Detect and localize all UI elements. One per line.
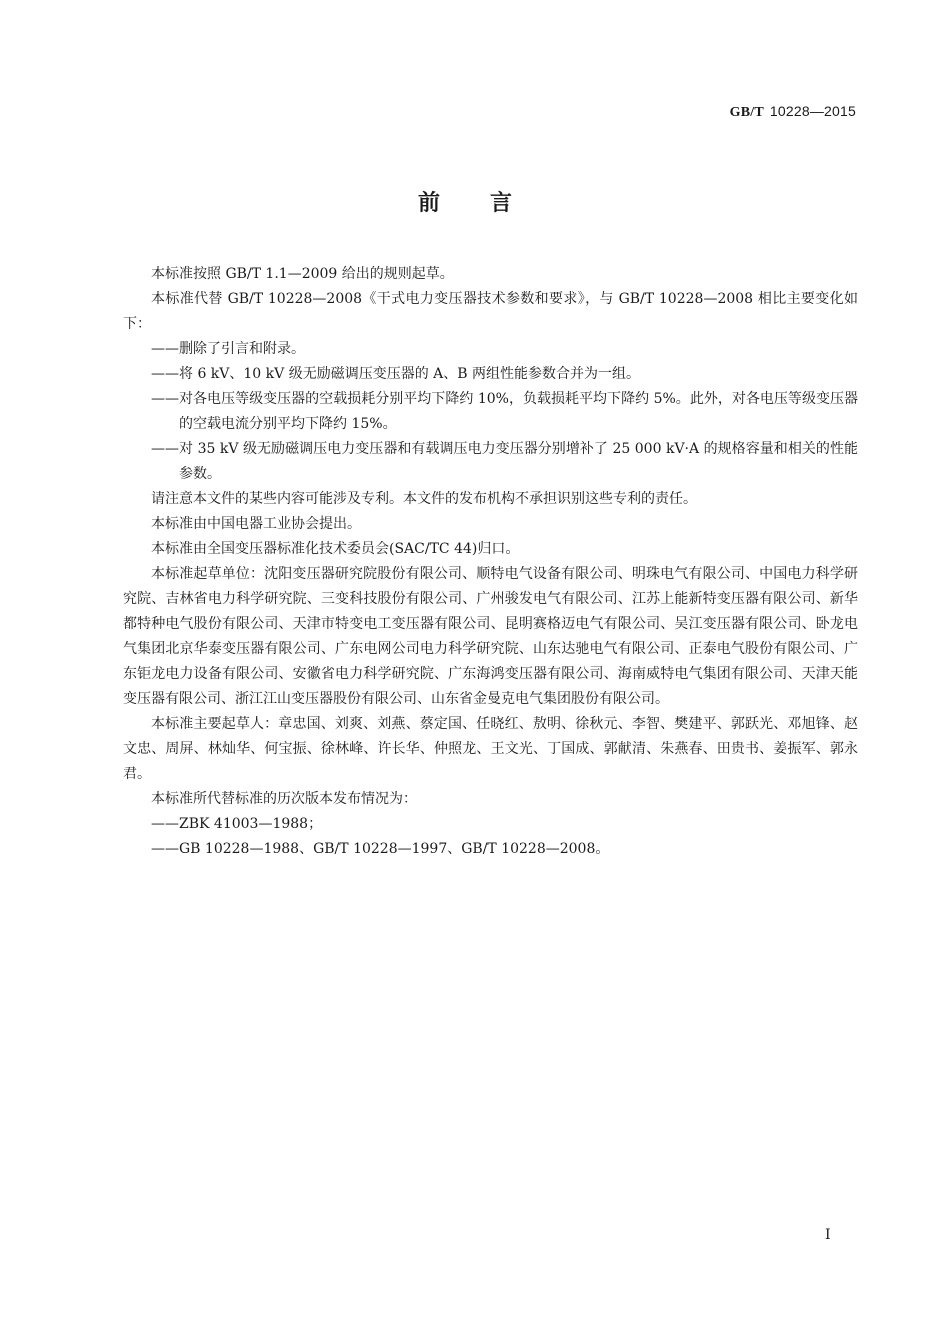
change-item: ——对 35 kV 级无励磁调压电力变压器和有载调压电力变压器分别增补了 25 … xyxy=(123,437,858,487)
paragraph-history-intro: 本标准所代替标准的历次版本发布情况为： xyxy=(123,787,858,812)
document-body: 本标准按照 GB/T 1.1—2009 给出的规则起草。 本标准代替 GB/T … xyxy=(123,262,858,862)
history-item: ——GB 10228—1988、GB/T 10228—1997、GB/T 102… xyxy=(123,837,858,862)
paragraph-proposer: 本标准由中国电器工业协会提出。 xyxy=(123,512,858,537)
change-item: ——对各电压等级变压器的空载损耗分别平均下降约 10%，负载损耗平均下降约 5%… xyxy=(123,387,858,437)
change-item: ——删除了引言和附录。 xyxy=(123,337,858,362)
standard-code-prefix: GB/T xyxy=(730,105,764,120)
paragraph-technical-committee: 本标准由全国变压器标准化技术委员会(SAC/TC 44)归口。 xyxy=(123,537,858,562)
standard-code-number: 10228—2015 xyxy=(770,103,856,119)
paragraph-replacement: 本标准代替 GB/T 10228—2008《干式电力变压器技术参数和要求》，与 … xyxy=(123,287,858,337)
history-item: ——ZBK 41003—1988； xyxy=(123,812,858,837)
change-item: ——将 6 kV、10 kV 级无励磁调压变压器的 A、B 两组性能参数合并为一… xyxy=(123,362,858,387)
page-number: I xyxy=(825,1227,831,1243)
paragraph-drafting-units: 本标准起草单位：沈阳变压器研究院股份有限公司、顺特电气设备有限公司、明珠电气有限… xyxy=(123,562,858,712)
standard-code: GB/T10228—2015 xyxy=(730,103,856,121)
page-title: 前言 xyxy=(0,186,950,217)
paragraph-patent-notice: 请注意本文件的某些内容可能涉及专利。本文件的发布机构不承担识别这些专利的责任。 xyxy=(123,487,858,512)
paragraph-drafting-rules: 本标准按照 GB/T 1.1—2009 给出的规则起草。 xyxy=(123,262,858,287)
paragraph-drafters: 本标准主要起草人：章忠国、刘爽、刘燕、蔡定国、任晓红、敖明、徐秋元、李智、樊建平… xyxy=(123,712,858,787)
